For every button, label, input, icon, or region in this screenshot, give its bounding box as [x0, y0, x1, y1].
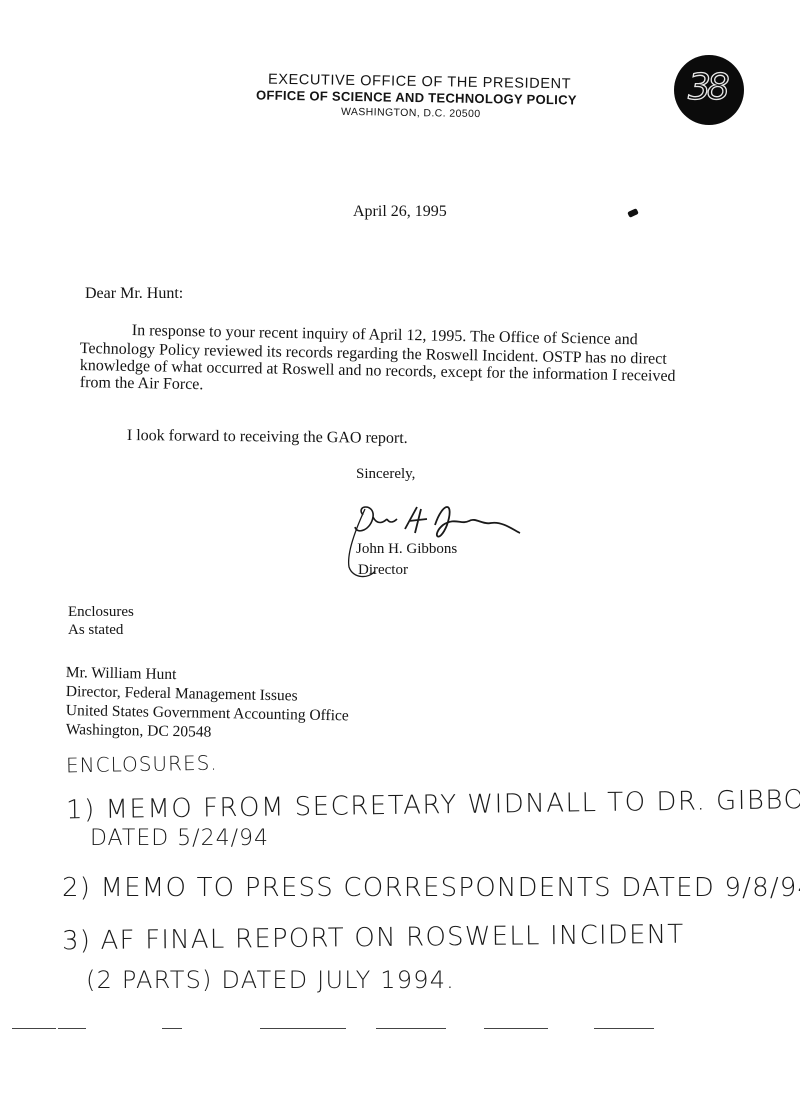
recipient-line: Washington, DC 20548: [66, 721, 212, 742]
handwritten-item: (2 PARTS) DATED JULY 1994.: [86, 966, 455, 994]
valediction: Sincerely,: [356, 466, 415, 483]
recipient-line: Mr. William Hunt: [66, 664, 177, 684]
signer-title: Director: [358, 562, 408, 579]
handwritten-item: 3) AF FINAL REPORT ON ROSWELL INCIDENT: [62, 920, 685, 957]
scan-rule: [162, 1028, 182, 1029]
letter-date: April 26, 1995: [353, 203, 447, 221]
stamp-number: 38: [688, 67, 726, 108]
body-line: from the Air Force.: [80, 374, 204, 394]
scan-rule: [260, 1028, 346, 1029]
scan-rule: [12, 1028, 56, 1029]
scan-rule: [376, 1028, 446, 1029]
scan-rule: [484, 1028, 548, 1029]
scan-rule: [594, 1028, 654, 1029]
salutation: Dear Mr. Hunt:: [85, 285, 183, 303]
handwritten-item: 1) MEMO FROM SECRETARY WIDNALL TO DR. GI…: [66, 785, 800, 826]
body-paragraph-2: I look forward to receiving the GAO repo…: [127, 427, 408, 448]
signer-name: John H. Gibbons: [356, 541, 457, 558]
page-number-stamp: 38: [674, 55, 744, 125]
letterhead-address: WASHINGTON, D.C. 20500: [341, 106, 481, 120]
enclosures-label: Enclosures: [68, 604, 134, 621]
ink-mark: [627, 208, 639, 218]
enclosures-note: As stated: [68, 622, 123, 639]
handwritten-heading: ENCLOSURES.: [66, 751, 218, 778]
handwritten-item: 2) MEMO TO PRESS CORRESPONDENTS DATED 9/…: [62, 873, 800, 903]
handwritten-item: DATED 5/24/94: [90, 826, 269, 851]
scan-rule: [58, 1028, 86, 1029]
